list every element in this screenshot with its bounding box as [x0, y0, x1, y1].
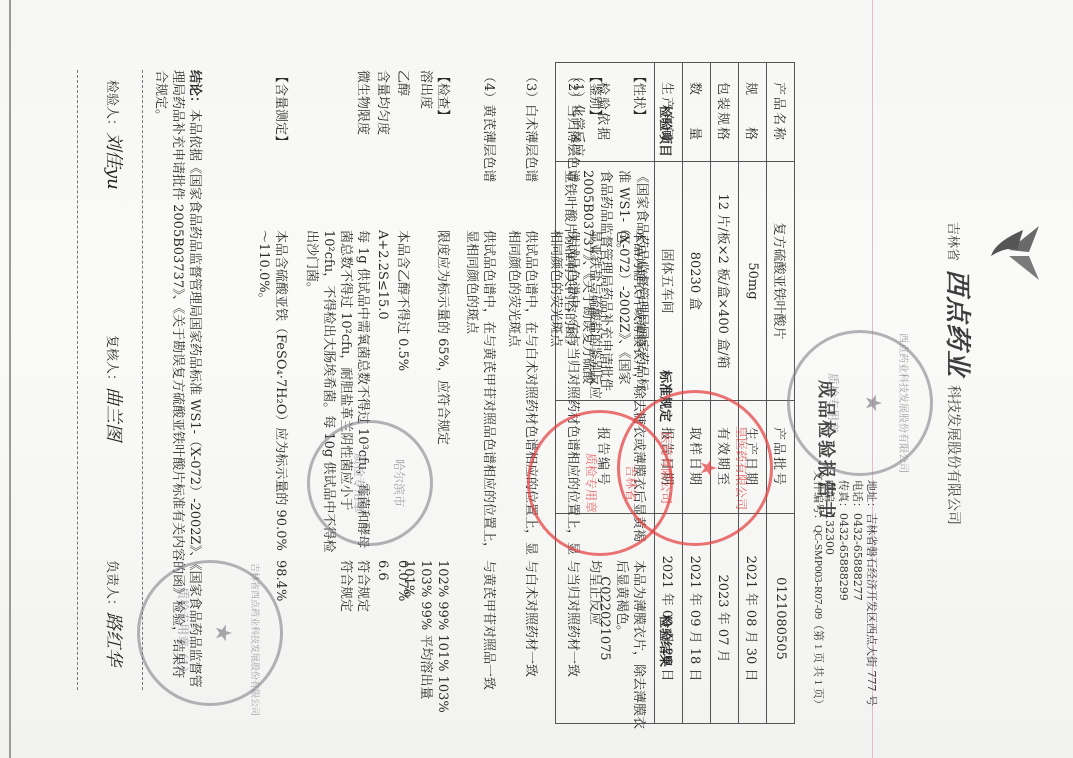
- star-icon: ★: [210, 623, 235, 643]
- info-value: 复方硫酸亚铁叶酸片: [767, 162, 795, 401]
- item-standard: 限度应为标示量的 65%，应符合规定: [434, 230, 451, 560]
- info-label: 包装规格: [711, 63, 739, 162]
- item-name: 溶出度: [417, 70, 434, 220]
- info-value: 12 片/板×2 板/盒×400 盒/箱: [711, 162, 739, 401]
- phone: 电话：0432-65888277: [850, 480, 864, 706]
- info-label: 取样日期: [683, 401, 711, 514]
- company-logo-icon: [988, 222, 1043, 284]
- item-standard: 供试品色谱中，在与黄芪甲苷对照品色谱相应的位置上，显相同颜色的斑点: [463, 230, 497, 560]
- item-standard: 供试品色谱中，在与白术对照药材色谱相应的位置上，显相同颜色的荧光斑点: [505, 230, 539, 560]
- item-name: 含量均匀度: [374, 70, 391, 220]
- section-title: 【含量测定】: [272, 70, 289, 220]
- inspection-report-page: 吉林省 西点药业 科技发展股份有限公司 地址：吉林省磐石经济开发区西点大街 77…: [0, 0, 1073, 758]
- info-value: 2021 年 08 月 30 日: [739, 514, 767, 724]
- info-label: 生产日期: [739, 401, 767, 514]
- info-row: 规 格50mg生产日期2021 年 08 月 30 日: [739, 63, 767, 724]
- header-standard: 标准规定: [656, 370, 673, 422]
- conclusion-label: 结论：: [187, 70, 202, 109]
- info-label: 有效期至: [711, 401, 739, 514]
- info-row: 数 量80230 盒取样日期2021 年 09 月 18 日: [683, 63, 711, 724]
- info-value: 2023 年 07 月: [711, 514, 739, 724]
- brand-province: 吉林省: [945, 222, 964, 261]
- item-result: 均呈正反应: [586, 560, 603, 735]
- brand-suffix: 科技发展股份有限公司: [944, 385, 964, 525]
- item-standard: A+2.2S≤15.0: [374, 230, 391, 560]
- info-label: 产品批号: [767, 401, 795, 514]
- item-result: 0.07%: [394, 560, 411, 735]
- reviewer-signature: 复核人：曲兰图: [102, 335, 128, 441]
- info-label: 产品名称: [767, 63, 795, 162]
- supervisor-name: 路红华: [103, 612, 124, 666]
- inspector-signature: 检验人：刘佳yu: [102, 80, 128, 190]
- item-result: 与黄芪甲苷对照品一致: [480, 560, 497, 735]
- item-result: 98.4%: [272, 560, 289, 735]
- divider: [77, 70, 78, 690]
- info-value: 0121080505: [767, 514, 795, 724]
- header-result: 检验结果: [656, 615, 673, 667]
- supervisor-signature: 负责人：路红华: [102, 560, 128, 666]
- brand-name: 西点药业: [941, 269, 978, 377]
- item-result: 与白术对照药材一致: [522, 560, 539, 735]
- item-standard: 显亚铁盐与硫酸盐的鉴别反应: [586, 230, 603, 560]
- item-name: （2）当归薄层色谱: [564, 70, 581, 220]
- conclusion: 结论：本品依据《国家食品药品监督管理局国家药品标准 WS1-（X-072）-20…: [152, 70, 203, 690]
- info-label: 规 格: [739, 63, 767, 162]
- item-standard: 本品为糖衣片或薄膜衣片，除去糖衣或薄膜衣后显黄褐色。: [613, 230, 647, 560]
- address: 地址：吉林省磐石经济开发区西点大街 777 号: [864, 480, 878, 706]
- inspector-name: 刘佳yu: [103, 132, 124, 190]
- item-standard: 供试品色谱中，在与当归对照药材色谱相应的位置上，显相同颜色的荧光斑点: [547, 230, 581, 560]
- divider: [142, 70, 143, 690]
- section-title: 【检查】: [434, 70, 451, 220]
- item-name: （3）白术薄层色谱: [522, 70, 539, 220]
- item-result: 6.6: [374, 560, 391, 735]
- item-standard: 本品含硫酸亚铁（FeSO₄·7H₂O）应为标示量的 90.0%～110.0%。: [255, 230, 289, 560]
- info-value: 50mg: [739, 162, 767, 401]
- item-name: 乙醇: [394, 70, 411, 220]
- item-standard: 本品含乙醇不得过 0.5%: [394, 230, 411, 560]
- document-number: 文件编号：QC-SMP003-R07-09（第 1 页 共 1 页）: [811, 470, 827, 710]
- item-result: 符合规定 符合规定: [337, 560, 371, 735]
- section-title: 【鉴别】: [586, 70, 603, 220]
- item-result: 与当归对照药材一致: [564, 560, 581, 735]
- reviewer-name: 曲兰图: [103, 387, 124, 441]
- item-standard: 每 1g 供试品中需氧菌总数不得过 10³cfu，霉菌和酵母菌总数不得过 10²…: [303, 230, 371, 560]
- item-name: 微生物限度: [354, 70, 371, 220]
- info-row: 包装规格12 片/板×2 板/盒×400 盒/箱有效期至2023 年 07 月: [711, 63, 739, 724]
- info-label: 数 量: [683, 63, 711, 162]
- info-value: 2021 年 09 月 18 日: [683, 514, 711, 724]
- company-brand: 吉林省 西点药业 科技发展股份有限公司: [941, 222, 978, 525]
- item-result: 本品为薄膜衣片，除去薄膜衣后显黄褐色。: [613, 560, 647, 735]
- info-row: 产品名称复方硫酸亚铁叶酸片产品批号0121080505: [767, 63, 795, 724]
- items-header: 检验项目 标准规定 检验结果: [653, 70, 673, 730]
- page-edge: [9, 0, 11, 758]
- header-item: 检验项目: [656, 105, 673, 157]
- qc-stamp-top: 西点药业科技发展股份有限公司 ★ 质检专用章: [787, 330, 933, 476]
- info-value: 80230 盒: [683, 162, 711, 401]
- section-title: 【性状】: [630, 70, 647, 220]
- item-name: （4）黄芪薄层色谱: [480, 70, 497, 220]
- conclusion-text: 本品依据《国家食品药品监督管理局国家药品标准 WS1-（X-072）-2002Z…: [153, 70, 202, 688]
